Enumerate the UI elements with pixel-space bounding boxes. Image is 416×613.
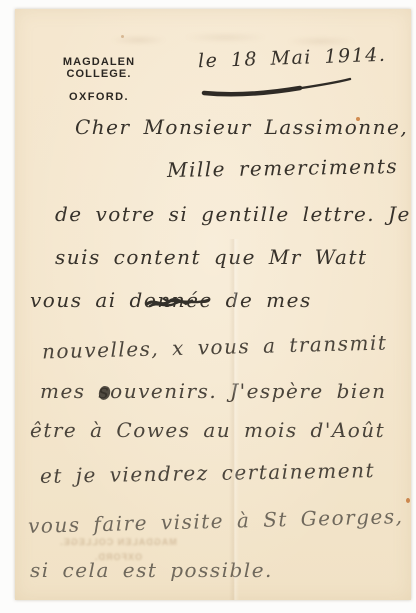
letter-line: Mille remerciments (167, 154, 399, 182)
letter-line: être à Cowes au mois d'Août (30, 418, 385, 442)
letter-line: mes souvenirs. J'espère bien (40, 379, 386, 403)
letterhead-showthrough-college: MAGDALEN COLLEGE. (33, 537, 203, 547)
paper-fold-crease (229, 239, 239, 600)
letter-line: et je viendrez certainement (40, 458, 375, 488)
letter-line: suis content que Mr Watt (55, 245, 368, 269)
ink-scribble-correction (144, 292, 214, 314)
letterhead: MAGDALEN COLLEGE. OXFORD. (35, 56, 163, 103)
letterhead-city: OXFORD. (35, 91, 163, 103)
paper-stain-speck (356, 117, 360, 121)
letter-line: nouvelles, x vous a transmit (42, 330, 388, 363)
letterhead-showthrough-city: OXFORD. (33, 552, 203, 562)
date-underline-stroke (200, 75, 356, 99)
letterhead-showthrough: MAGDALEN COLLEGE. OXFORD. (33, 537, 203, 562)
paper-stain-speck (406, 498, 410, 503)
letter-line: vous faire visite à St Georges, (28, 504, 404, 538)
letter-line: de votre si gentille lettre. Je (55, 202, 411, 226)
letter-paper: MAGDALEN COLLEGE. OXFORD. le 18 Mai 1914… (15, 9, 411, 600)
letter-photograph: MAGDALEN COLLEGE. OXFORD. le 18 Mai 1914… (0, 0, 416, 613)
paper-stain-speck (121, 35, 124, 38)
letterhead-college: MAGDALEN COLLEGE. (35, 56, 163, 80)
